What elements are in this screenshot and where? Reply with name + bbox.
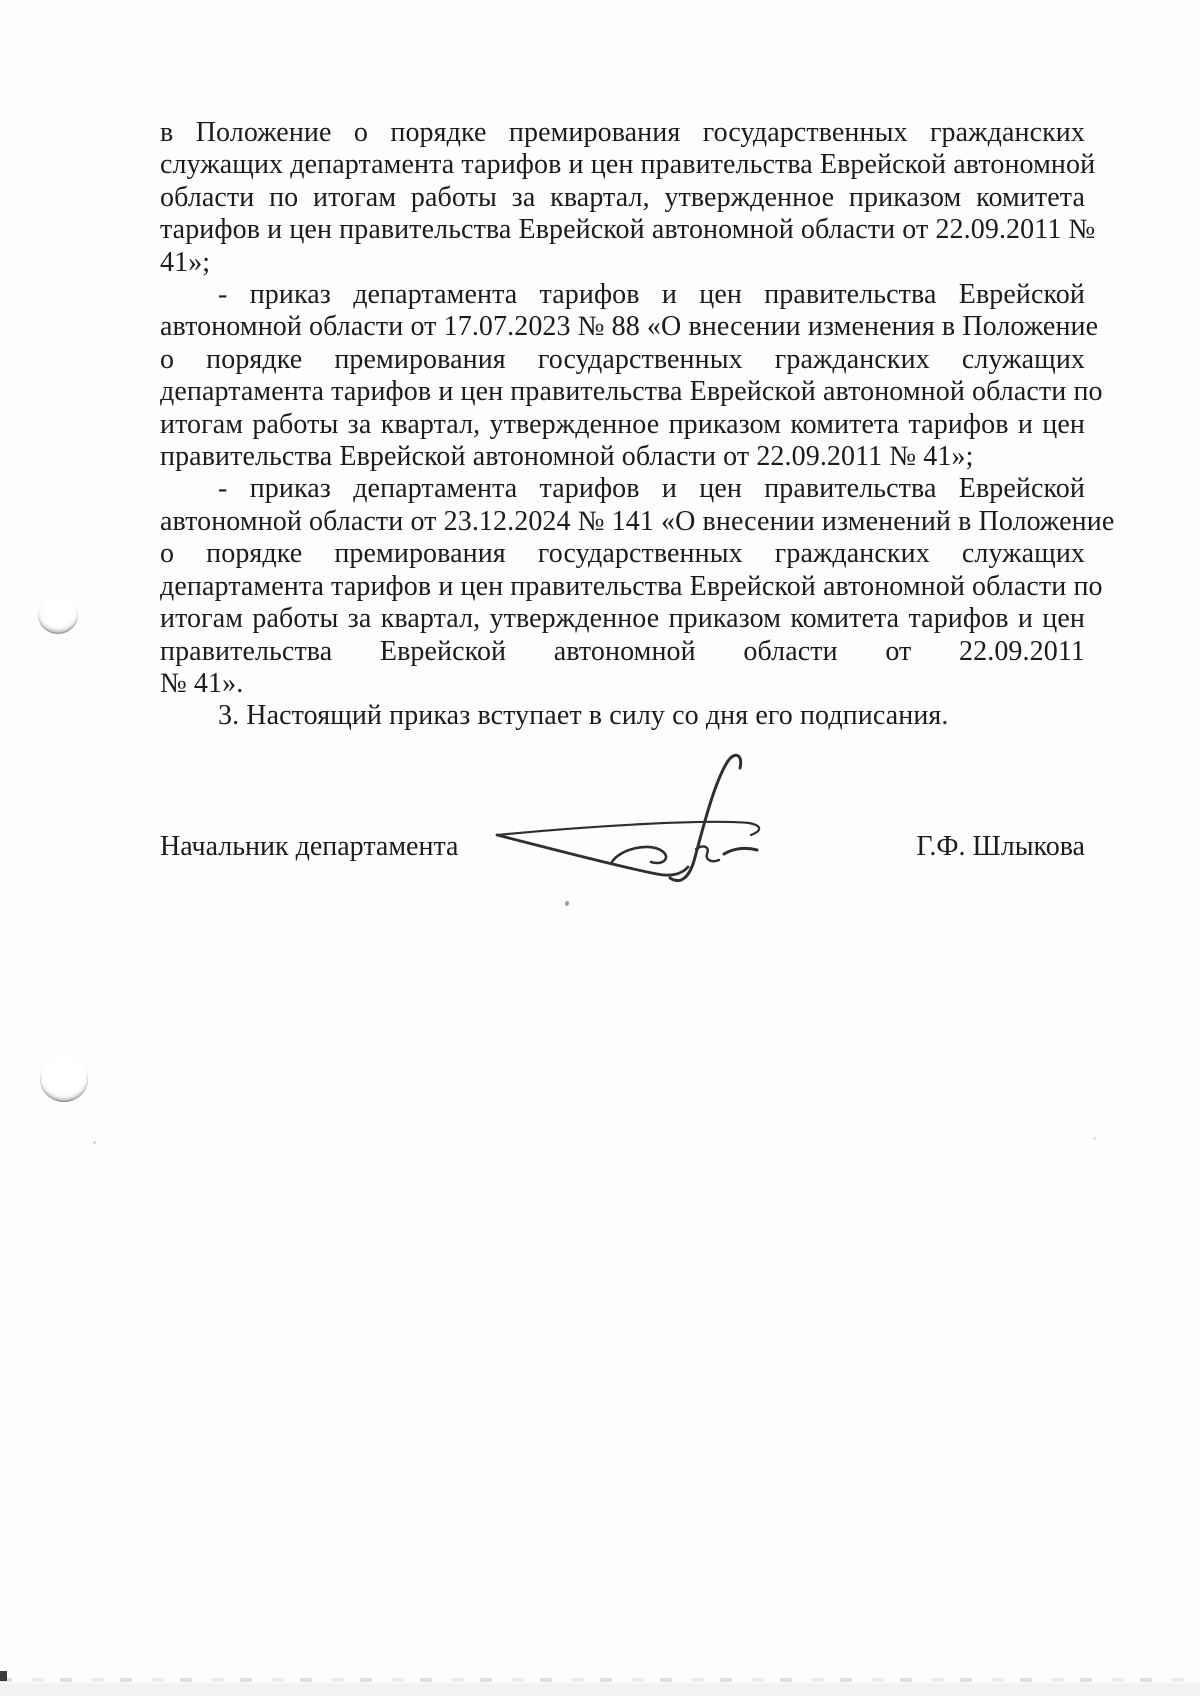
document-body: в Положение о порядке премирования госуд… (160, 117, 1085, 733)
signatory-name: Г.Ф. Шлыкова (916, 831, 1085, 863)
text-line: департамента тарифов и цен правительства… (160, 571, 1085, 603)
punch-hole-bottom (40, 1056, 88, 1102)
paragraph: - приказ департамента тарифов и цен прав… (160, 279, 1085, 473)
text-line: служащих департамента тарифов и цен прав… (160, 149, 1085, 181)
text-line: автономной области от 23.12.2024 № 141 «… (160, 506, 1085, 538)
scan-noise-line (0, 1678, 1200, 1682)
text-line: о порядке премирования государственных г… (160, 538, 1085, 570)
text-line: - приказ департамента тарифов и цен прав… (160, 279, 1085, 311)
paragraph: в Положение о порядке премирования госуд… (160, 117, 1085, 279)
text-line: тарифов и цен правительства Еврейской ав… (160, 214, 1085, 246)
scan-speck (1093, 1137, 1096, 1140)
text-line: департамента тарифов и цен правительства… (160, 376, 1085, 408)
text-line: 41»; (160, 247, 1085, 279)
text-line: в Положение о порядке премирования госуд… (160, 117, 1085, 149)
text-line: автономной области от 17.07.2023 № 88 «О… (160, 311, 1085, 343)
punch-hole-top (38, 596, 78, 634)
text-line: правительства Еврейской автономной облас… (160, 441, 1085, 473)
text-line: итогам работы за квартал, утвержденное п… (160, 409, 1085, 441)
text-line: области по итогам работы за квартал, утв… (160, 182, 1085, 214)
text-line: правительства Еврейской автономной облас… (160, 636, 1085, 668)
signatory-position-label: Начальник департамента (160, 831, 458, 863)
handwritten-signature (455, 695, 785, 900)
scan-speck (564, 900, 569, 906)
scan-speck (93, 1141, 96, 1144)
scan-edge-band (0, 1683, 1200, 1696)
text-line: итогам работы за квартал, утвержденное п… (160, 603, 1085, 635)
scanned-document-page: в Положение о порядке премирования госуд… (0, 0, 1200, 1696)
scan-corner-artifact (0, 1671, 7, 1681)
paragraph: - приказ департамента тарифов и цен прав… (160, 473, 1085, 700)
text-line: - приказ департамента тарифов и цен прав… (160, 473, 1085, 505)
text-line: о порядке премирования государственных г… (160, 344, 1085, 376)
